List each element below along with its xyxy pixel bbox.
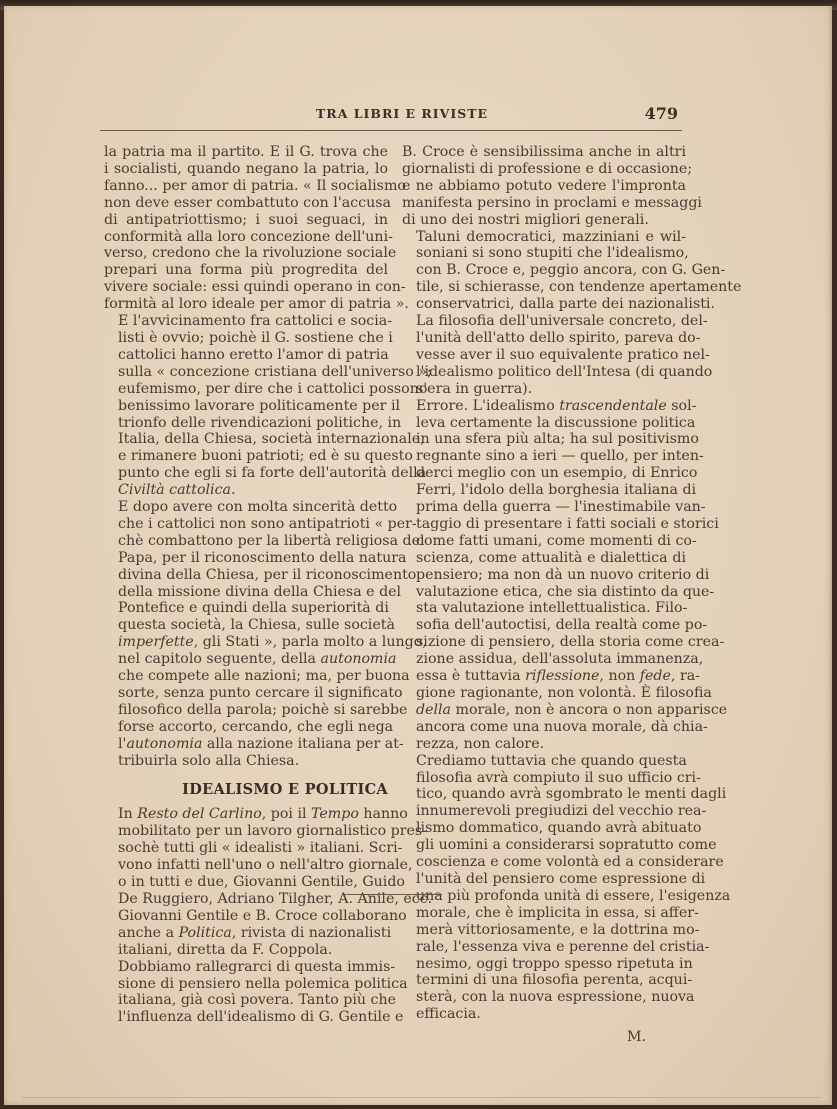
text-line: di uno dei nostri migliori generali. [402,212,686,229]
text-line: pensiero; ma non dà un nuovo criterio di [402,567,686,584]
text-line: anche a Politica, rivista di nazionalist… [104,925,388,942]
text-line: l'idealismo politico dell'Intesa (di qua… [402,364,686,381]
text-line: trionfo delle rivendicazioni politiche, … [104,415,388,432]
text-line: filosofico della parola; poichè si sareb… [104,702,388,719]
text-line: giornalisti di professione e di occasion… [402,161,686,178]
text-line: Giovanni Gentile e B. Croce collaborano [104,908,388,925]
paragraph: la patria ma il partito. E il G. trova c… [104,144,388,313]
text-line: leva certamente la discussione politica [402,415,686,432]
text-line: che i cattolici non sono antipatrioti « … [104,516,388,533]
text-line: listi è ovvio; poichè il G. sostiene che… [104,330,388,347]
text-line: E dopo avere con molta sincerità detto [104,499,388,516]
text-line: tico, quando avrà sgombrato le menti dag… [402,786,686,803]
right-column: B. Croce è sensibilissima anche in altri… [402,144,686,1046]
text-line: gli uomini a considerarsi sopratutto com… [402,837,686,854]
text-line: Ferri, l'idolo della borghesia italiana … [402,482,686,499]
text-line: mobilitato per un lavoro giornalistico p… [104,823,388,840]
section-title: IDEALISMO E POLITICA [104,782,388,799]
text-line: divina della Chiesa, per il riconoscimen… [104,567,388,584]
page-bottom-rule [22,1097,822,1098]
text-line: Italia, della Chiesa, società internazio… [104,431,388,448]
text-line: non deve esser combattuto con l'accusa [104,195,388,212]
paragraph: Crediamo tuttavia che quando questafilos… [402,753,686,1024]
text-line: verso, credono che la rivoluzione social… [104,245,388,262]
text-line: Dobbiamo rallegrarci di questa immis- [104,959,388,976]
text-line: tribuirla solo alla Chiesa. [104,753,388,770]
text-line: questa società, la Chiesa, sulle società [104,617,388,634]
text-line: benissimo lavorare politicamente per il [104,398,388,415]
text-line: valutazione etica, che sia distinto da q… [402,584,686,601]
text-line: zione assidua, dell'assoluta immanenza, [402,651,686,668]
page-number: 479 [645,104,678,123]
text-line: B. Croce è sensibilissima anche in altri [402,144,686,161]
text-line: Papa, per il riconoscimento della natura [104,550,388,567]
text-line: l'influenza dell'idealismo di G. Gentile… [104,1009,388,1026]
text-line: innumerevoli pregiudizi del vecchio rea- [402,803,686,820]
text-line: vivere sociale: essi quindi operano in c… [104,279,388,296]
text-line: La filosofia dell'universale concreto, d… [402,313,686,330]
text-line: sorte, senza punto cercare il significat… [104,685,388,702]
text-line: ancora come una nuova morale, dà chia- [402,719,686,736]
text-line: imperfette, gli Stati », parla molto a l… [104,634,388,651]
text-line: l'unità del pensiero come espressione di [402,871,686,888]
text-line: efficacia. [402,1006,686,1023]
text-line: forse accorto, cercando, che egli nega [104,719,388,736]
text-line: E l'avvicinamento fra cattolici e socia- [104,313,388,330]
text-line: termini di una filosofia perenta, acqui- [402,972,686,989]
text-line: una più profonda unità di essere, l'esig… [402,888,686,905]
text-line: Civiltà cattolica. [104,482,388,499]
text-line: e ne abbiamo potuto vedere l'impronta [402,178,686,195]
text-line: manifesta persino in proclami e messaggi [402,195,686,212]
text-line: sizione di pensiero, della storia come c… [402,634,686,651]
text-line: lismo dommatico, quando avrà abituato [402,820,686,837]
text-line: vono infatti nell'uno o nell'altro giorn… [104,857,388,874]
text-line: s'era in guerra). [402,381,686,398]
text-line: nel capitolo seguente, della autonomia [104,651,388,668]
text-line: chè combattono per la libertà religiosa … [104,533,388,550]
text-line: scienza, come attualità e dialettica di [402,550,686,567]
author-signature: M. [402,1029,686,1046]
article-end-rule [344,894,442,895]
text-line: nesimo, oggi troppo spesso ripetuta in [402,956,686,973]
text-line: regnante sino a ieri — quello, per inten… [402,448,686,465]
text-line: Taluni democratici, mazziniani e wil- [402,229,686,246]
text-line: rale, l'essenza viva e perenne del crist… [402,939,686,956]
text-line: e rimanere buoni patrioti; ed è su quest… [104,448,388,465]
paragraph: Dobbiamo rallegrarci di questa immis-sio… [104,959,388,1027]
text-line: di antipatriottismo; i suoi seguaci, in [104,212,388,229]
text-line: merà vittoriosamente, e la dottrina mo- [402,922,686,939]
text-line: i socialisti, quando negano la patria, l… [104,161,388,178]
text-line: fanno... per amor di patria. « Il social… [104,178,388,195]
text-line: prepari una forma più progredita del [104,262,388,279]
text-line: conformità alla loro concezione dell'uni… [104,229,388,246]
text-line: morale, che è implicita in essa, si affe… [402,905,686,922]
text-line: essa è tuttavia riflessione, non fede, r… [402,668,686,685]
paragraph: Taluni democratici, mazziniani e wil-son… [402,229,686,398]
text-line: gione ragionante, non volontà. È filosof… [402,685,686,702]
paragraph: In Resto del Carlino, poi il Tempo hanno… [104,806,388,958]
text-line: l'autonomia alla nazione italiana per at… [104,736,388,753]
text-line: Crediamo tuttavia che quando questa [402,753,686,770]
paragraph: Errore. L'idealismo trascendentale sol-l… [402,398,686,753]
text-line: rezza, non calore. [402,736,686,753]
text-line: conservatrici, dalla parte dei nazionali… [402,296,686,313]
paragraph: B. Croce è sensibilissima anche in altri… [402,144,686,229]
text-line: sione di pensiero nella polemica politic… [104,976,388,993]
text-line: derci meglio con un esempio, di Enrico [402,465,686,482]
text-line: eufemismo, per dire che i cattolici poss… [104,381,388,398]
text-line: prima della guerra — l'inestimabile van- [402,499,686,516]
text-line: sulla « concezione cristiana dell'univer… [104,364,388,381]
text-line: sofia dell'autoctisi, della realtà come … [402,617,686,634]
text-line: soniani si sono stupiti che l'idealismo, [402,245,686,262]
text-line: Errore. L'idealismo trascendentale sol- [402,398,686,415]
text-line: Pontefice e quindi della superiorità di [104,600,388,617]
text-line: sochè tutti gli « idealisti » italiani. … [104,840,388,857]
text-line: vesse aver il suo equivalente pratico ne… [402,347,686,364]
text-line: che compete alle nazioni; ma, per buona [104,668,388,685]
text-line: In Resto del Carlino, poi il Tempo hanno [104,806,388,823]
text-line: coscienza e come volontà ed a considerar… [402,854,686,871]
text-line: taggio di presentare i fatti sociali e s… [402,516,686,533]
text-line: tile, si schierasse, con tendenze aperta… [402,279,686,296]
text-line: della missione divina della Chiesa e del [104,584,388,601]
running-header: TRA LIBRI E RIVISTE 479 [100,104,682,131]
text-line: punto che egli si fa forte dell'autorità… [104,465,388,482]
text-line: o in tutti e due, Giovanni Gentile, Guid… [104,874,388,891]
text-line: sta valutazione intellettualistica. Filo… [402,600,686,617]
text-line: della morale, non è ancora o non apparis… [402,702,686,719]
text-line: in una sfera più alta; ha sul positivism… [402,431,686,448]
text-line: la patria ma il partito. E il G. trova c… [104,144,388,161]
running-title: TRA LIBRI E RIVISTE [316,106,488,121]
text-line: italiana, già così povera. Tanto più che [104,992,388,1009]
text-line: l'unità dell'atto dello spirito, pareva … [402,330,686,347]
text-line: formità al loro ideale per amor di patri… [104,296,388,313]
paragraph: E dopo avere con molta sincerità dettoch… [104,499,388,770]
text-line: come fatti umani, come momenti di co- [402,533,686,550]
text-line: sterà, con la nuova espressione, nuova [402,989,686,1006]
text-line: cattolici hanno eretto l'amor di patria [104,347,388,364]
text-line: italiani, diretta da F. Coppola. [104,942,388,959]
paragraph: E l'avvicinamento fra cattolici e socia-… [104,313,388,499]
text-line: filosofia avrà compiuto il suo ufficio c… [402,770,686,787]
text-line: con B. Croce e, peggio ancora, con G. Ge… [402,262,686,279]
